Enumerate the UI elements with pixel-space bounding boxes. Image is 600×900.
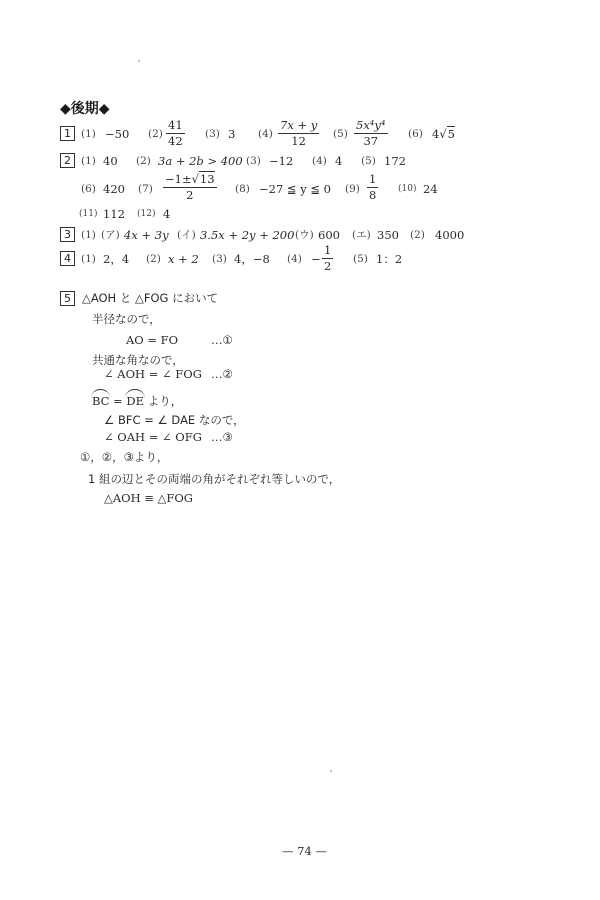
q4-1-answer: 2，4 (103, 252, 129, 266)
q1-6-answer: 4√5 (432, 127, 455, 141)
q5-line-angle-oah: ∠ OAH = ∠ OFG (104, 430, 202, 444)
q3-1a-answer: 4x + 3y (124, 228, 169, 242)
q2-5-answer: 172 (384, 154, 406, 168)
q1-6-label: (6) (408, 127, 423, 141)
q5-mark-1: …① (211, 333, 233, 347)
section-heading: ◆後期◆ (60, 98, 110, 118)
q1-3-answer: 3 (228, 127, 235, 141)
q2-6-label: (6) (81, 182, 96, 196)
q3-2-label: (2) (410, 228, 425, 242)
q3-1d-answer: 350 (377, 228, 399, 242)
numerator-prefix: −1± (165, 172, 192, 186)
question-number-1: 1 (60, 126, 75, 141)
q2-4-answer: 4 (335, 154, 342, 168)
q3-1d-label: (エ) (352, 228, 371, 242)
q2-10-answer: 24 (423, 182, 438, 196)
q1-1-answer: −50 (105, 127, 129, 141)
sqrt-symbol: √ (192, 172, 199, 186)
q5-line-angle-aoh: ∠ AOH = ∠ FOG (104, 367, 202, 381)
q2-8-label: (8) (235, 182, 250, 196)
q4-4-sign: − (311, 252, 321, 266)
q2-3-label: (3) (246, 154, 261, 168)
q2-1-label: (1) (81, 154, 96, 168)
q5-line-asa: 1 組の辺とその両端の角がそれぞれ等しいので， (88, 472, 340, 486)
denominator: 42 (168, 134, 183, 148)
q4-3-label: (3) (212, 252, 227, 266)
equals: = (109, 394, 126, 408)
q2-9-fraction: 1 8 (367, 173, 378, 202)
question-number-3: 3 (60, 227, 75, 242)
arc-de: DE (126, 394, 144, 408)
q4-2-label: (2) (146, 252, 161, 266)
question-number-5: 5 (60, 291, 75, 306)
numerator: 1 (367, 173, 378, 188)
q1-5-label: (5) (333, 127, 348, 141)
radicand: 13 (199, 171, 215, 186)
q5-line-radius: 半径なので， (92, 312, 161, 326)
q3-2-answer: 4000 (435, 228, 464, 242)
q5-line-ao-fo: AO = FO (126, 333, 178, 347)
q3-1a-label: (ア) (101, 228, 120, 242)
question-number-4: 4 (60, 251, 75, 266)
scan-speck (138, 60, 140, 62)
numerator: 7x + y (278, 119, 319, 134)
q2-2-label: (2) (136, 154, 151, 168)
q5-mark-3: …③ (211, 430, 233, 444)
q2-7-label: (7) (138, 182, 153, 196)
q1-4-fraction: 7x + y 12 (278, 119, 319, 148)
q5-line-arc-equal: BC = DE より， (92, 394, 182, 408)
denominator: 37 (363, 134, 378, 148)
q1-4-label: (4) (258, 127, 273, 141)
q4-3-answer: 4，−8 (234, 252, 270, 266)
q5-line-congruent: △AOH ≡ △FOG (104, 491, 193, 505)
q2-9-label: (9) (345, 182, 360, 196)
q3-1b-answer: 3.5x + 2y + 200 (200, 228, 294, 242)
sqrt-symbol: √ (439, 127, 446, 141)
q3-1c-label: (ウ) (295, 228, 314, 242)
q1-2-label: (2) (148, 127, 163, 141)
q2-2-answer: 3a + 2b > 400 (158, 154, 243, 168)
q4-5-label: (5) (353, 252, 368, 266)
q5-line-angle-bfc: ∠ BFC = ∠ DAE なので， (104, 413, 245, 427)
denominator: 12 (291, 134, 306, 148)
question-number-2: 2 (60, 153, 75, 168)
q2-12-answer: 4 (163, 207, 170, 221)
q2-7-fraction: −1±√13 2 (163, 173, 217, 202)
q3-1c-answer: 600 (318, 228, 340, 242)
q1-1-label: (1) (81, 127, 96, 141)
q5-line-common-angle: 共通な角なので， (92, 353, 184, 367)
q2-12-label: (12) (137, 207, 155, 221)
q2-1-answer: 40 (103, 154, 118, 168)
numerator: −1±√13 (163, 173, 217, 188)
q2-4-label: (4) (312, 154, 327, 168)
q1-3-label: (3) (205, 127, 220, 141)
denominator: 8 (369, 188, 376, 202)
q4-5-answer: 1：2 (376, 252, 402, 266)
denominator: 2 (186, 188, 193, 202)
q5-mark-2: …② (211, 367, 233, 381)
q4-2-answer: x + 2 (168, 252, 199, 266)
q2-8-answer: −27 ≦ y ≦ 0 (259, 182, 331, 196)
q4-1-label: (1) (81, 252, 96, 266)
numerator: 1 (322, 244, 333, 259)
page-number: — 74 — (282, 844, 327, 858)
q5-line-therefore: ①，②，③より， (80, 450, 168, 464)
q3-1b-label: (イ) (177, 228, 196, 242)
denominator: 2 (324, 259, 331, 273)
scan-speck (330, 770, 332, 772)
arc-suffix: より， (144, 394, 182, 408)
q2-5-label: (5) (361, 154, 376, 168)
q4-4-fraction: 1 2 (322, 244, 333, 273)
q4-4-label: (4) (287, 252, 302, 266)
q3-1-label: (1) (81, 228, 96, 242)
q1-5-fraction: 5x⁴y⁴ 37 (354, 119, 388, 148)
q2-11-label: (11) (79, 207, 97, 221)
numerator: 5x⁴y⁴ (354, 119, 388, 134)
q1-2-fraction: 41 42 (166, 119, 185, 148)
arc-bc: BC (92, 394, 109, 408)
q2-10-label: (10) (398, 182, 416, 196)
q2-11-answer: 112 (103, 207, 125, 221)
q5-line-intro: △AOH と △FOG において (82, 291, 218, 305)
radicand: 5 (447, 126, 455, 141)
q2-6-answer: 420 (103, 182, 125, 196)
q2-3-answer: −12 (269, 154, 293, 168)
numerator: 41 (166, 119, 185, 134)
